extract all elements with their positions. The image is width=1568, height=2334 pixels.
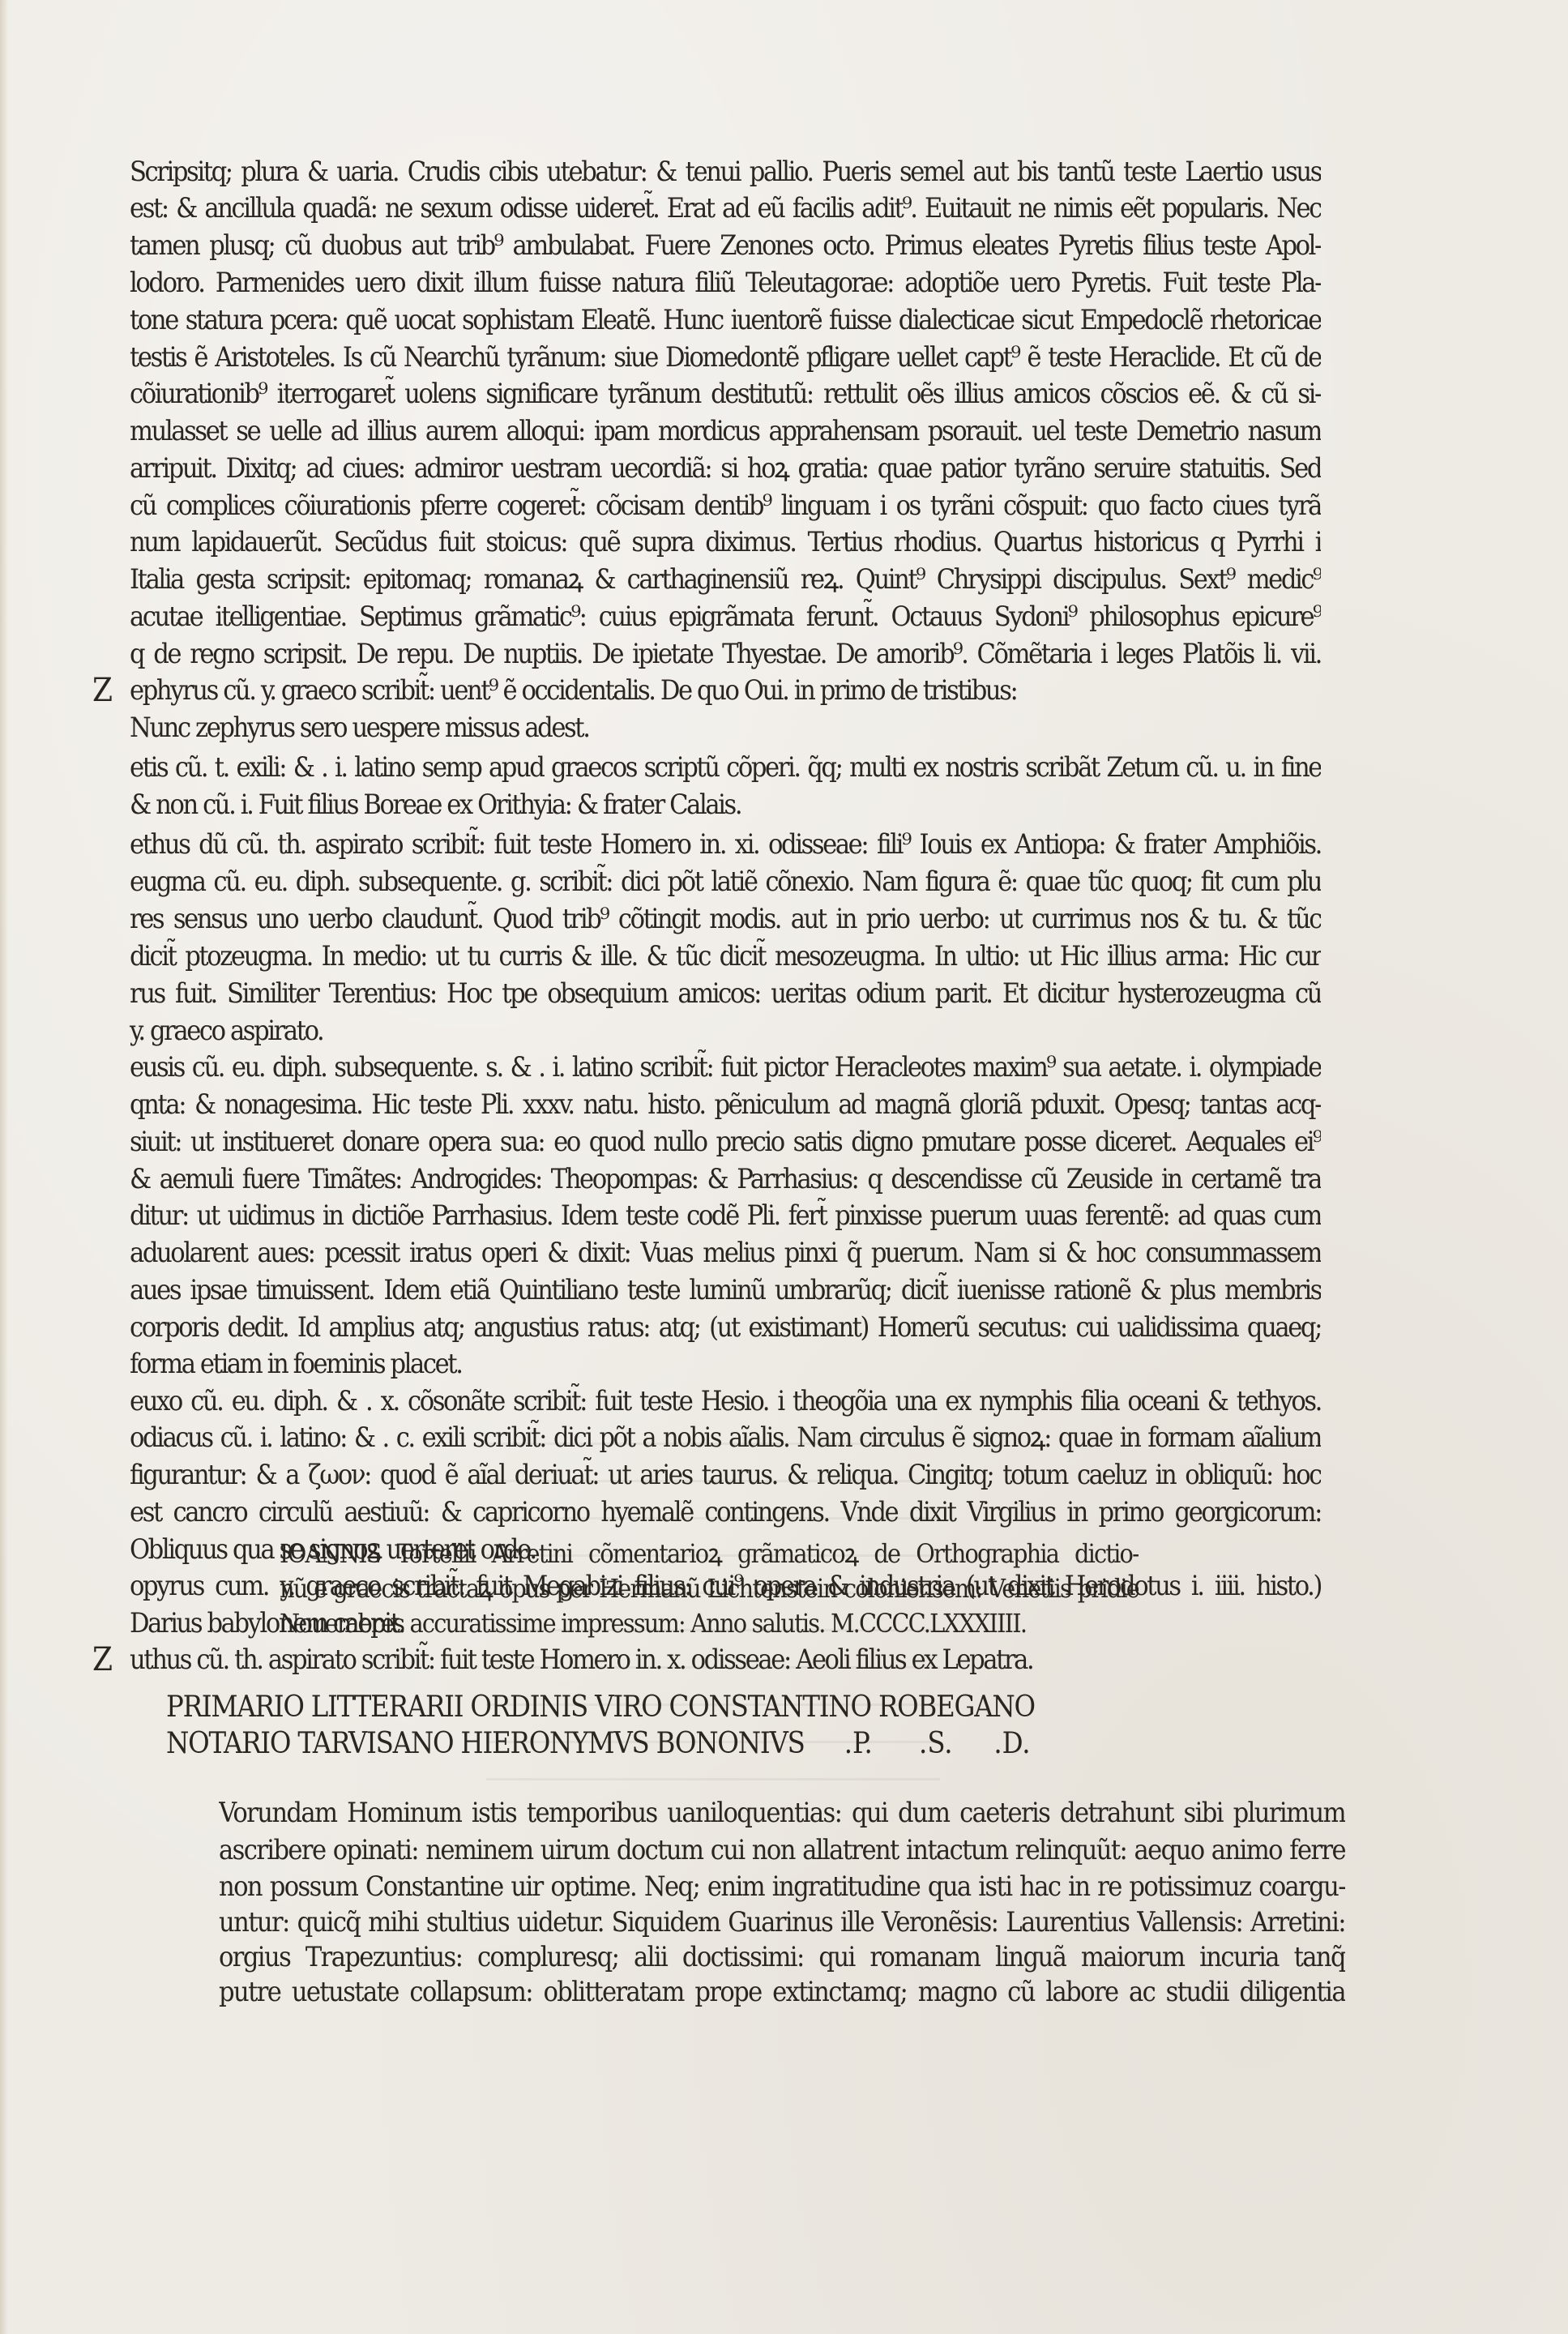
entry-text: ephyrus cũ. y. graeco scribit̃: uent⁹ ẽ … [130, 674, 1016, 707]
text-line: arripuit. Dixitq; ad ciues: admiror uest… [130, 451, 1321, 486]
heading-line: NOTARIO TARVISANO HIERONYMVS BONONIVS .P… [166, 1726, 1060, 1762]
text-line: Z odiacus cũ. i. latino: & . c. exili sc… [130, 1420, 1321, 1456]
text-line: aues ipsae timuissent. Idem etiã Quintil… [130, 1272, 1321, 1308]
text-line: dicit̃ ptozeugma. In medio: ut tu curris… [130, 938, 1321, 974]
text-line: q de regno scripsit. De repu. De nuptiis… [130, 636, 1321, 672]
page-paper: Scripsitq; plura & uaria. Crudis cibis u… [0, 0, 1568, 2334]
salutation-p: .P. [844, 1726, 911, 1762]
entry-text: odiacus cũ. i. latino: & . c. exili scri… [130, 1421, 1321, 1454]
heading-line: PRIMARIO LITTERARII ORDINIS VIRO CONSTAN… [166, 1690, 1035, 1725]
text-line: Z ephyrus cũ. y. graeco scribit̃: uent⁹ … [130, 673, 1016, 708]
salutation-s: .S. [919, 1726, 985, 1762]
entry-text: euxo cũ. eu. diph. & . x. cõsonãte scrib… [130, 1385, 1321, 1417]
text-line: est: & ancillula quadã: ne sexum odisse … [130, 190, 1321, 226]
text-line: ditur: ut uidimus in dictiõe Parrhasius.… [130, 1198, 1321, 1233]
colophon-line: nũ e graecis tractaꝝ opus per Hermanũ Li… [280, 1571, 1139, 1606]
text-line: mulasset se uelle ad illius aurem alloqu… [130, 413, 1321, 449]
salutation-psd: .P. .S. .D. [844, 1727, 1061, 1760]
text-line: Z eusis cũ. eu. diph. subsequente. s. & … [130, 1049, 1321, 1085]
letter-line: non possum Constantine uir optime. Neq; … [219, 1869, 1345, 1904]
page-edge-shadow [0, 0, 8, 2334]
text-line: aduolarent aues: pcessit iratus operi & … [130, 1235, 1321, 1271]
text-line: Z eugma cũ. eu. diph. subsequente. g. sc… [130, 864, 1321, 900]
entry-text: eugma cũ. eu. diph. subsequente. g. scri… [130, 866, 1321, 898]
text-line: tone statura pcera: quẽ uocat sophistam … [130, 302, 1321, 338]
text-line: figurantur: & a ζωον: quod ẽ aĩal deriua… [130, 1457, 1321, 1493]
text-line: acutae itelligentiae. Septimus grãmatic⁹… [130, 599, 1321, 635]
entry-text: eusis cũ. eu. diph. subsequente. s. & . … [130, 1051, 1321, 1084]
text-line: testis ẽ Aristoteles. Is cũ Nearchũ tyrã… [130, 340, 1321, 375]
letter-line: Vorundam Hominum istis temporibus uanilo… [219, 1795, 1345, 1831]
text-line: qnta: & nonagesima. Hic teste Pli. xxxv.… [130, 1087, 1321, 1122]
letter-line: ascribere opinati: neminem uirum doctum … [219, 1832, 1345, 1868]
text-line: & aemuli fuere Timãtes: Androgides: Theo… [130, 1161, 1321, 1197]
entry-initial: Z [92, 673, 113, 708]
text-line: tamen plusq; cũ duobus aut trib⁹ ambulab… [130, 228, 1321, 263]
text-line: est cancro circulũ aestiuũ: & capricorno… [130, 1494, 1321, 1530]
text-line: cũ complices cõiurationis pferre cogeret… [130, 488, 1321, 524]
text-line: y. graeco aspirato. [130, 1013, 323, 1049]
letter-line: orgius Trapezuntius: compluresq; alii do… [219, 1939, 1345, 1975]
text-line: Z euxo cũ. eu. diph. & . x. cõsonãte scr… [130, 1383, 1321, 1419]
letter-line: untur: quicq̃ mihi stultius uidetur. Siq… [219, 1904, 1345, 1940]
heading-text: NOTARIO TARVISANO HIERONYMVS BONONIVS [166, 1727, 805, 1760]
text-line: Nunc zephyrus sero uespere missus adest. [130, 710, 589, 746]
entry-text: ethus dũ cũ. th. aspirato scribit̃: fuit… [130, 828, 1321, 861]
letter-line: putre uetustate collapsum: oblitteratam … [219, 1974, 1345, 2010]
text-line: Z ethus dũ cũ. th. aspirato scribit̃: fu… [130, 827, 1321, 862]
entry-text: uthus cũ. th. aspirato scribit̃: fuit te… [130, 1644, 1032, 1676]
text-line: corporis dedit. Id amplius atq; angustiu… [130, 1310, 1321, 1345]
text-line: cõiurationib⁹ iterrogaret̃ uolens signif… [130, 376, 1321, 412]
text-line: lodoro. Parmenides uero dixit illum fuis… [130, 265, 1321, 301]
text-line: Z etis cũ. t. exili: & . i. latino semp … [130, 750, 1321, 785]
text-line: Italia gesta scripsit: epitomaq; romanaꝝ… [130, 562, 1321, 597]
colophon-line: Nouembres accuratissime impressum: Anno … [280, 1605, 1026, 1641]
text-line: Z uthus cũ. th. aspirato scribit̃: fuit … [130, 1642, 1032, 1678]
text-line: Scripsitq; plura & uaria. Crudis cibis u… [130, 154, 1321, 190]
salutation-d: .D. [993, 1726, 1060, 1762]
text-line: & non cũ. i. Fuit filius Boreae ex Orith… [130, 787, 741, 823]
colophon-line: IOANNIS Tortellii Arretini cõmentarioꝝ g… [280, 1536, 1139, 1571]
entry-text: etis cũ. t. exili: & . i. latino semp ap… [130, 751, 1321, 784]
text-line: siuit: ut institueret donare opera sua: … [130, 1124, 1321, 1160]
text-line: res sensus uno uerbo claudunt̃. Quod tri… [130, 901, 1321, 937]
text-line: num lapidauerũt. Secũdus fuit stoicus: q… [130, 524, 1321, 560]
entry-initial: Z [92, 1642, 113, 1678]
text-line: rus fuit. Similiter Terentius: Hoc tpe o… [130, 976, 1321, 1011]
text-line: forma etiam in foeminis placet. [130, 1346, 462, 1382]
